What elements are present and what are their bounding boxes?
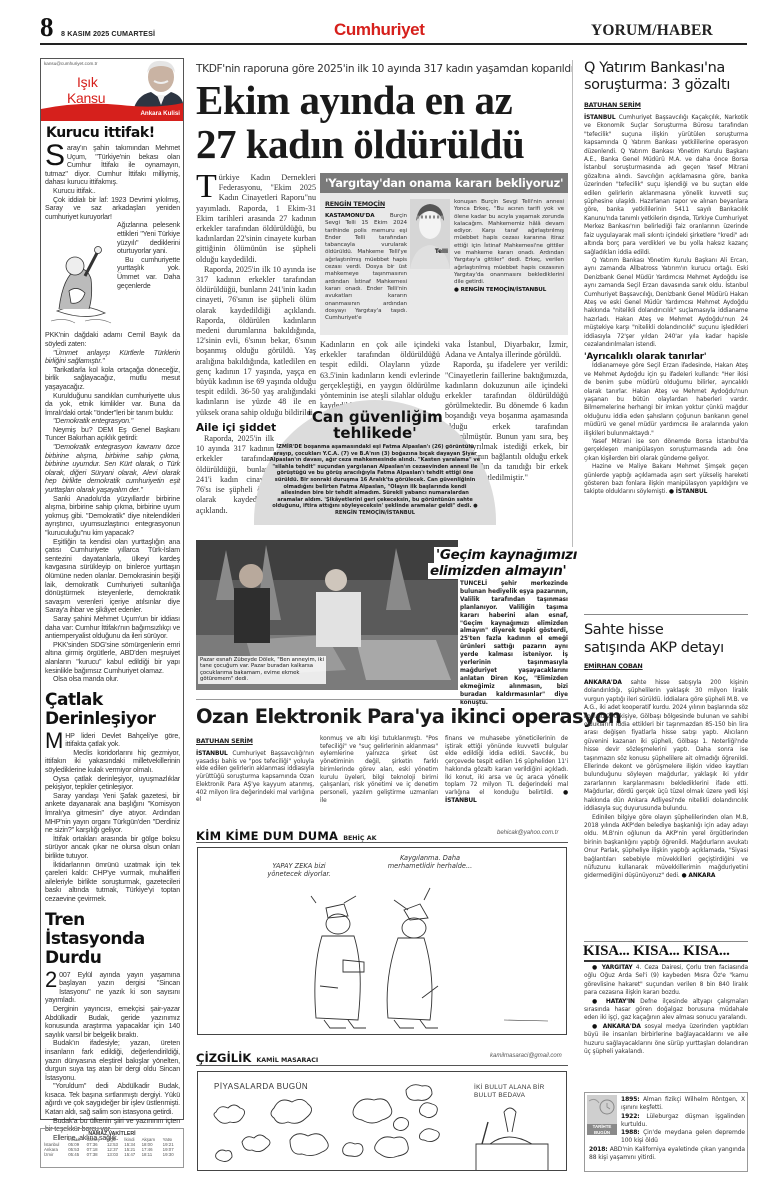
author-first-name: Işık [77,74,98,90]
briefs-list: ● YARGITAY 4. Ceza Dairesi, Çorlu tren f… [584,964,748,1056]
briefs-title: KISA... KISA... KISA... [583,943,730,960]
sidebar-byline: RENGİN TEMOÇİN [325,200,385,208]
section-title: YORUM/HABER [591,22,713,40]
cartoon1-panel: YAPAY ZEKA bizi yönetecek diyorlar. Kayg… [197,847,567,1035]
ozan-col2: konmuş ve altı kişi tutuklanmıştı. "Pos … [320,736,438,805]
brief-item: ● ANKARA'DA sosyal medya üzerinden yaptı… [584,1023,748,1057]
sidebar-col1: KASTAMONU'DA Burçin Sevgi Telli 15 Ekim … [325,213,407,322]
quote-title-line2: tehlikede' [254,425,496,441]
column-body: Saray'ın şahin takımından Mehmet Uçum, "… [45,144,180,1142]
sidebar-col2: konuşan Burçin Sevgi Telli'nin annesi Yo… [454,199,564,294]
cartoon1-email: behicak@yahoo.com.tr [497,830,558,836]
history-item: 1988: Çin'de meydana gelen depremde 100 … [589,1129,745,1146]
q-story-byline: BATUHAN SERİM [584,101,641,109]
history-item: 1922: Lüleburgaz düşman işgalinden kurtu… [589,1113,745,1130]
sidebar-box: 'Yargıtay'dan onama kararı bekliyoruz' R… [320,173,568,335]
quote-body: İZMİR'DE boşanma aşamasındaki eşi Fatma … [254,441,496,517]
right-divider-1 [584,614,748,615]
cartoon2-email: kamilmasaraci@gmail.com [490,1053,562,1059]
page-number: 8 [40,14,54,40]
akp-byline: EMİRHAN ÇOBAN [584,662,643,670]
prayer-row: İzmir 05:45 07:38 13:03 15:47 18:11 19:3… [44,1152,180,1157]
column-cartoon [45,221,115,331]
history-list: 1895: Alman fizikçi Wilhelm Röntgen, X ı… [589,1096,745,1162]
photo-story-title-2: elimizden almayın' [428,563,568,579]
cartoon2-panel: PİYASALARDA BUGÜN İKİ BULUT ALANA BİR BU… [197,1071,567,1171]
q-story-subhead: 'Ayrıcalıklı olarak tanırlar' [584,352,748,362]
akp-headline-2: satışında AKP detayı [584,640,724,657]
briefs-rule [584,941,748,942]
main-kicker: TKDF'nin raporuna göre 2025'in ilk 10 ay… [196,63,573,75]
cartoon2-series: ÇİZGİLİK KAMİL MASARACI [196,1047,318,1066]
photo-caption: Pazar esnafı Zübeyde Dölek, "Ben anneyim… [198,656,326,684]
history-item: 1895: Alman fizikçi Wilhelm Röntgen, X ı… [589,1096,745,1113]
sidebar-box-title: 'Yargıtay'dan onama kararı bekliyoruz' [320,173,568,193]
quote-title-line1: 'Can güvenliğim [254,409,496,425]
masthead-rule [40,43,347,45]
quote-box: 'Can güvenliğim tehlikede' İZMİR'DE boşa… [254,400,496,525]
sidebar-photo-caption: Telli [435,249,448,255]
cartoon1-rule [196,842,568,843]
photo-story-title-1: 'Geçim kaynağımızı [434,547,579,563]
page-date: 8 KASIM 2025 CUMARTESİ [61,29,155,38]
sidebar-photo: Telli [410,199,450,269]
cartoon2-drawing [198,1072,567,1171]
ozan-byline: BATUHAN SERİM [196,737,253,745]
ozan-col3: finans ve muhasebe yöneticilerinin de iş… [445,736,568,805]
brief-item: ● YARGITAY 4. Ceza Dairesi, Çorlu tren f… [584,964,748,998]
column-subhead-tren: Tren İstasyonda Durdu [45,911,180,968]
q-story-headline: Q Yatırım Bankası'na soruşturma: 3 gözal… [584,60,749,94]
masthead-rule-far [590,43,747,45]
ozan-headline: Ozan Elektronik Para'ya ikinci operasyon [196,705,621,728]
column-header: kansu@cumhuriyet.com.tr Işık Kansu Ankar… [41,59,183,121]
brief-item: ● HATAY'IN Defne ilçesinde altyapı çalış… [584,998,748,1023]
main-headline-line1: Ekim ayında en az [196,78,512,122]
divider [196,699,568,700]
main-headline-line2: 27 kadın öldürüldü [196,122,524,166]
cartoon2-rule [196,1065,568,1066]
prayer-times-table: İmsak Güneş Öğle İkindi Akşam Yatsı İsta… [44,1137,180,1157]
photo-story-body: TUNCELİ şehir merkezinde bulunan hediyel… [460,581,568,708]
cartoon1-drawing [198,848,567,1035]
briefs-title-rule [584,960,748,962]
column-name: Ankara Kulisi [140,110,180,117]
akp-body: ANKARA'DA sahte hisse satışıyla 200 kişi… [584,679,748,881]
column-email: kansu@cumhuriyet.com.tr [44,61,97,66]
ozan-col1: İSTANBUL Cumhuriyet Başsavcılığı'nın yas… [196,751,314,805]
column-divider [572,60,573,560]
q-story-body: İSTANBUL Cumhuriyet Başsavcılığı Kaçakçı… [584,114,748,497]
market-photo: Pazar esnafı Zübeyde Dölek, "Ben anneyim… [196,540,458,690]
history-item: 2018: ABD'nin Kaliforniya eyaletinde çık… [589,1146,745,1163]
akp-headline-1: Sahte hisse [584,622,663,639]
history-box: TARİHTE BUGÜN 1895: Alman fizikçi Wilhel… [584,1092,748,1172]
newspaper-logo: Cumhuriyet [334,20,424,40]
column-subhead-catlak: Çatlak Derinleşiyor [45,691,180,729]
prayer-times-box: NAMAZ VAKİTLERİ İmsak Güneş Öğle İkindi … [40,1128,184,1168]
